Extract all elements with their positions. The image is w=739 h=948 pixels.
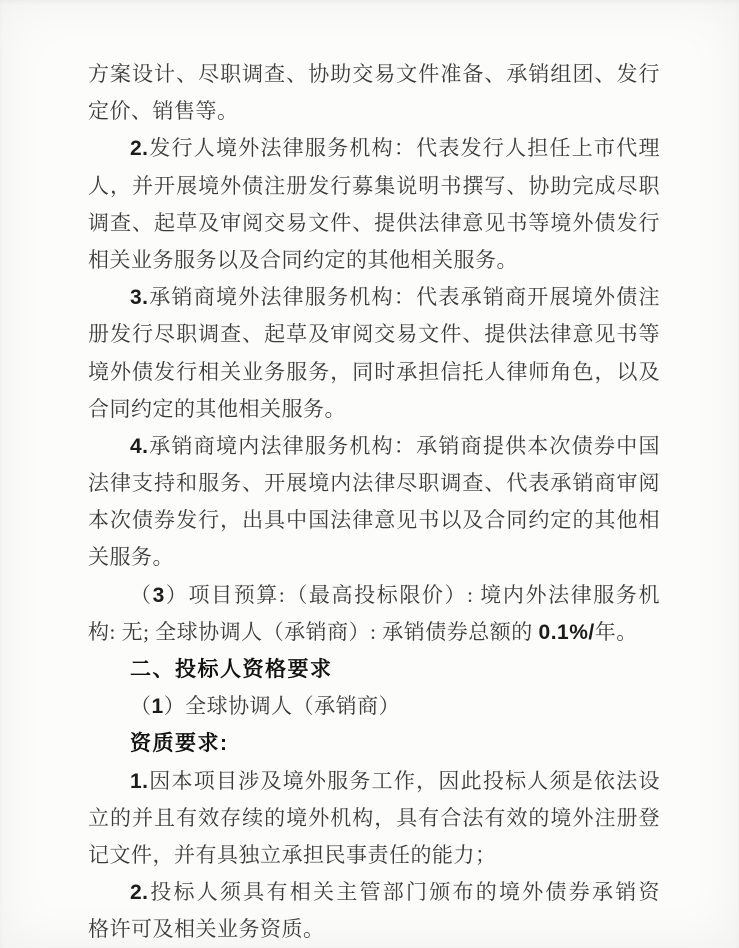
text-line: 调查、起草及审阅交易文件、提供法律意见书等境外债发行 [88, 205, 660, 242]
numeral: 0.1%/ [539, 621, 595, 644]
text-line: 2.投标人须具有相关主管部门颁布的境外债券承销资 [88, 874, 660, 911]
heading-line: 二、投标人资格要求 [88, 651, 660, 688]
text-line: 境外债发行相关业务服务，同时承担信托人律师角色，以及 [88, 354, 660, 391]
text-line: 合同约定的其他相关服务。 [88, 391, 660, 428]
numeral: 3. [130, 286, 149, 309]
text-line: 本次债券发行，出具中国法律意见书以及合同约定的其他相 [88, 502, 660, 539]
document-page: 方案设计、尽职调查、协助交易文件准备、承销组团、发行定价、销售等。2.发行人境外… [0, 0, 739, 948]
text-line: 册发行尽职调查、起草及审阅交易文件、提供法律意见书等 [88, 316, 660, 353]
document-body: 方案设计、尽职调查、协助交易文件准备、承销组团、发行定价、销售等。2.发行人境外… [88, 56, 660, 948]
numeral: 2. [130, 137, 149, 160]
numeral: 2. [130, 881, 149, 904]
text-line: 4.承销商境内法律服务机构：承销商提供本次债券中国 [88, 428, 660, 465]
text-line: （3）项目预算:（最高投标限价）: 境内外法律服务机 [88, 577, 660, 614]
text-line: 定价、销售等。 [88, 93, 660, 130]
text-line: 2.发行人境外法律服务机构：代表发行人担任上市代理 [88, 130, 660, 167]
heading-line: 资质要求: [88, 725, 660, 762]
text-line: 构: 无; 全球协调人（承销商）: 承销债券总额的 0.1%/年。 [88, 614, 660, 651]
text-line: 人，并开展境外债注册发行募集说明书撰写、协助完成尽职 [88, 168, 660, 205]
text-line: 相关业务服务以及合同约定的其他相关服务。 [88, 242, 660, 279]
text-line: 法律支持和服务、开展境内法律尽职调查、代表承销商审阅 [88, 465, 660, 502]
text-line: 格许可及相关业务资质。 [88, 911, 660, 948]
text-line: 关服务。 [88, 539, 660, 576]
numeral: 4. [130, 435, 149, 458]
numeral: 1 [152, 695, 164, 718]
text-line: 记文件，并有具独立承担民事责任的能力； [88, 837, 660, 874]
text-line: 1.因本项目涉及境外服务工作，因此投标人须是依法设 [88, 763, 660, 800]
numeral: 1. [130, 770, 149, 793]
numeral: 3 [153, 584, 165, 607]
text-line: 立的并且有效存续的境外机构，具有合法有效的境外注册登 [88, 800, 660, 837]
text-line: 3.承销商境外法律服务机构：代表承销商开展境外债注 [88, 279, 660, 316]
text-line: 方案设计、尽职调查、协助交易文件准备、承销组团、发行 [88, 56, 660, 93]
text-line: （1）全球协调人（承销商） [88, 688, 660, 725]
